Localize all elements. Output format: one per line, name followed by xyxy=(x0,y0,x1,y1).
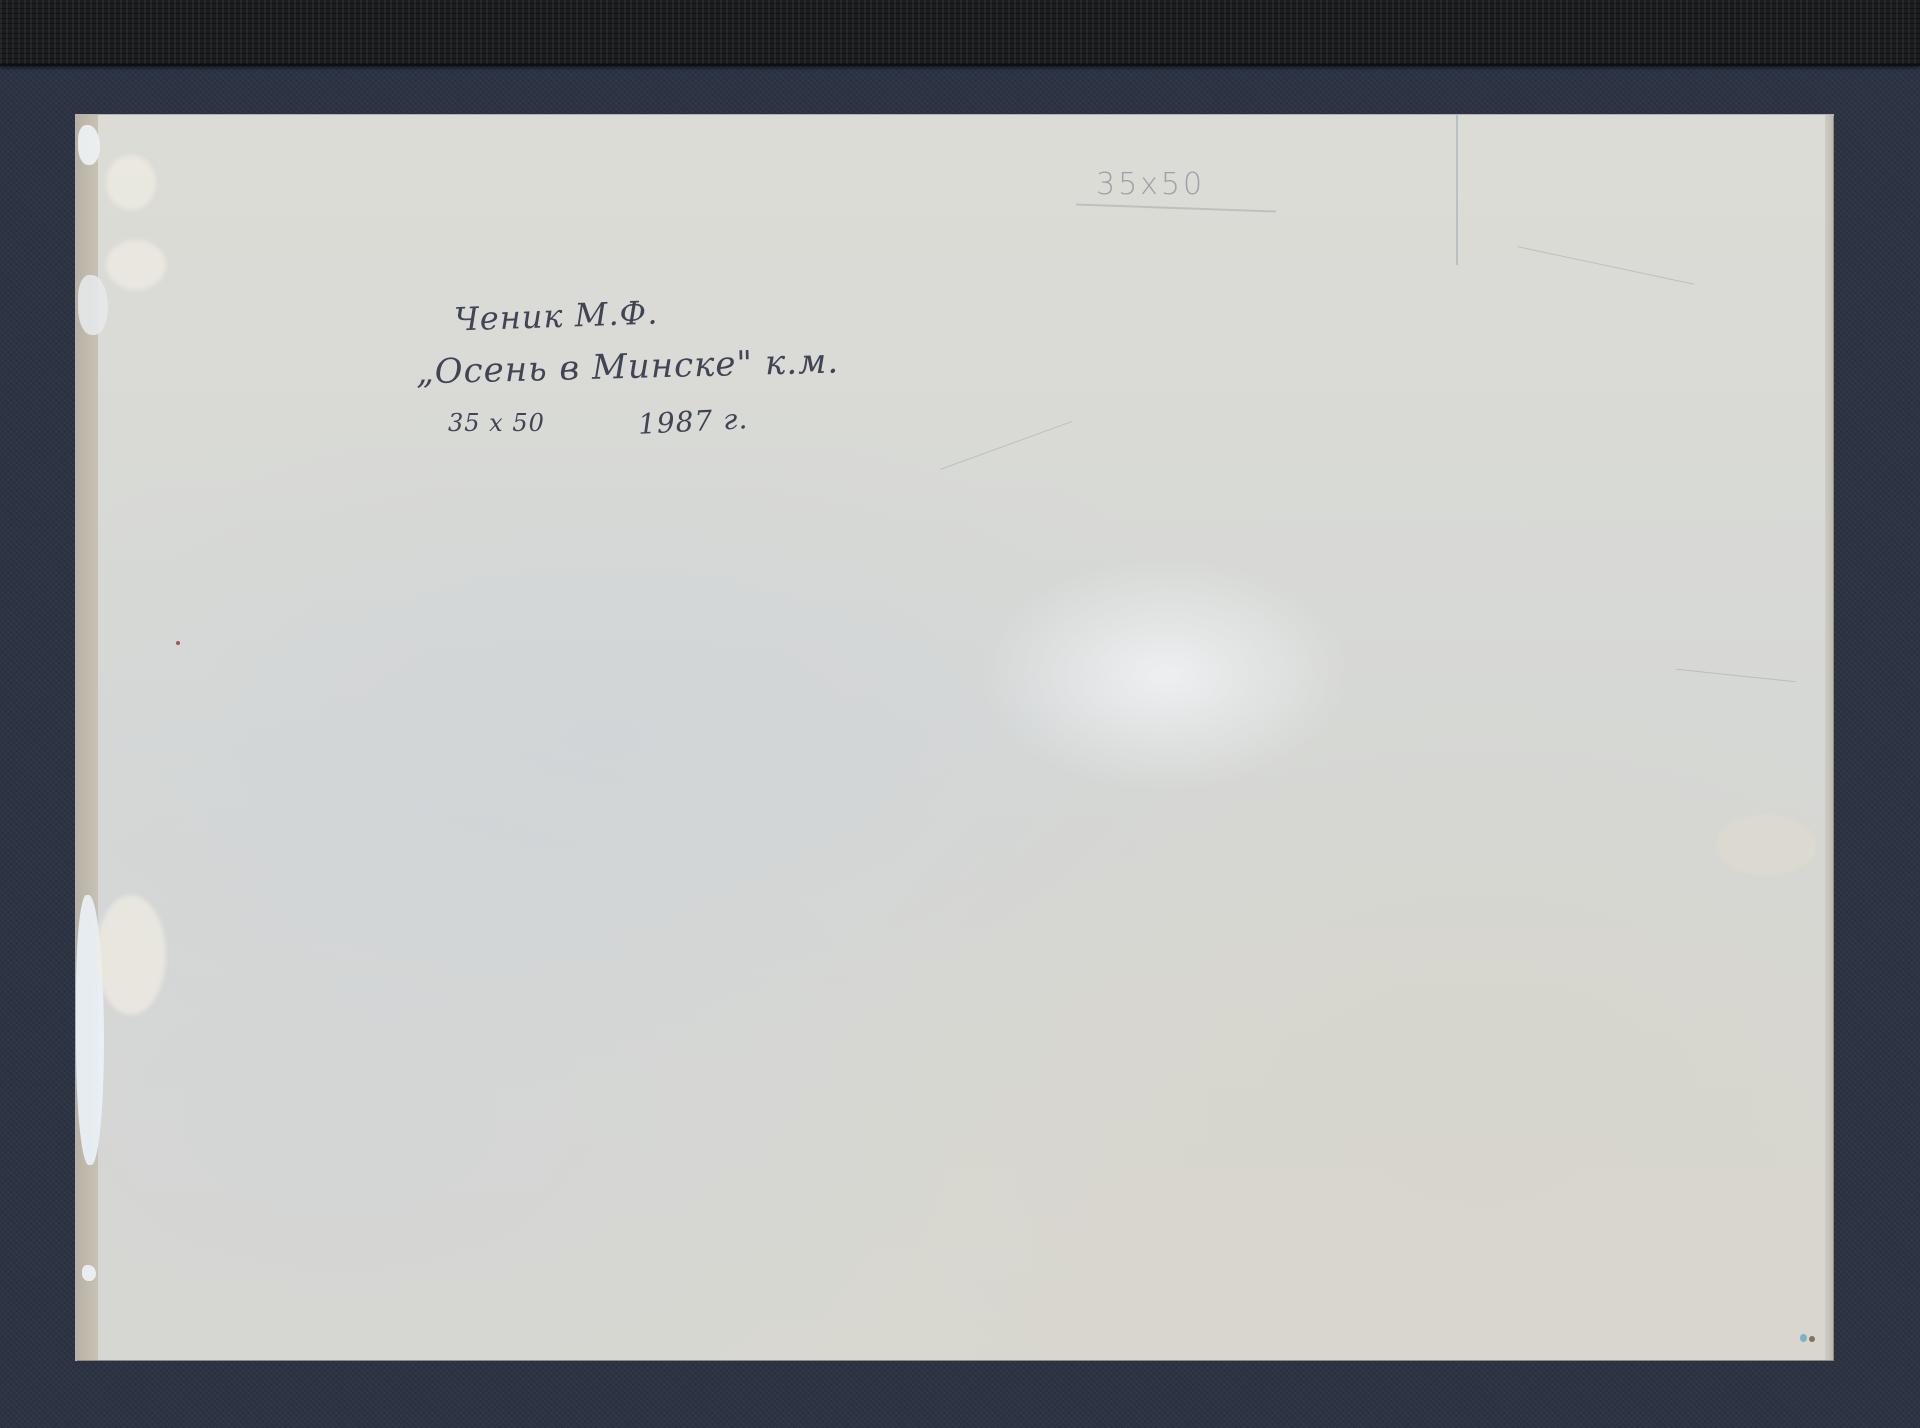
black-webbing-strap xyxy=(0,0,1920,66)
stain xyxy=(106,240,166,290)
stain xyxy=(96,895,166,1015)
pencil-size-inscription: 35x50 xyxy=(1096,167,1205,202)
paint-speck xyxy=(1800,1334,1807,1342)
size-inscription: 35 x 50 xyxy=(448,409,545,437)
stain xyxy=(106,155,156,210)
title-inscription: „Осень в Минске" к.м. xyxy=(416,341,840,392)
year-inscription: 1987 г. xyxy=(637,402,749,441)
stain xyxy=(1716,815,1816,875)
surface-scratch xyxy=(1676,669,1795,683)
paint-speck xyxy=(1809,1336,1815,1342)
surface-scratch xyxy=(940,421,1072,470)
paint-speck xyxy=(176,641,180,645)
painting-board-back: Ченик М.Ф. „Осень в Минске" к.м. 35 x 50… xyxy=(76,115,1833,1360)
paint-drip xyxy=(78,125,100,165)
pencil-underline xyxy=(1076,204,1276,213)
paint-drip xyxy=(78,275,108,335)
surface-scratch xyxy=(1456,115,1458,265)
paint-drip xyxy=(82,1265,96,1281)
artist-inscription: Ченик М.Ф. xyxy=(453,293,659,338)
board-right-edge xyxy=(1825,115,1833,1360)
surface-scratch xyxy=(1518,246,1694,284)
